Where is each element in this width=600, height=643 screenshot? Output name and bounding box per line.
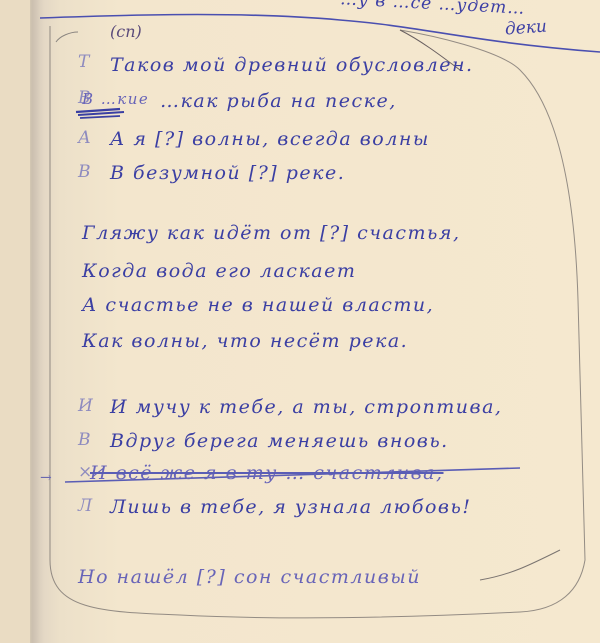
manuscript-page: …у в …сё …удет… деки (сп) Т В А В И В × … [0,0,600,643]
binding-shadow [30,0,44,643]
verse-line: Но нашёл [?] сон счастливый [78,566,421,588]
struck-verse-line: И всё же я в ту … счастлива, [90,462,444,484]
margin-letter: В [78,162,91,182]
verse-line: А я [?] волны, всегда волны [110,128,430,150]
verse-line: Лишь в тебе, я узнала любовь! [110,496,471,518]
verse-line: И мучу к тебе, а ты, строптива, [110,396,502,418]
margin-word: В …кие [82,90,149,108]
top-note-fragment: деки [504,17,547,40]
verse-line: …как рыба на песке, [160,90,397,112]
verse-line: В безумной [?] реке. [110,162,345,184]
margin-letter: В [78,430,91,450]
margin-letter: И [78,396,93,416]
verse-line: А счастье не в нашей власти, [82,294,434,316]
margin-mark: (сп) [110,22,142,41]
arrow-icon: → [40,470,52,486]
verse-line: Гляжу как идёт от [?] счастья, [82,222,461,244]
margin-letter: А [78,128,91,148]
verse-line: Когда вода его ласкает [82,260,356,282]
verse-line: Вдруг берега меняешь вновь. [110,430,449,452]
verse-line: Как волны, что несёт река. [82,330,408,352]
verse-line: Таков мой древний обусловлен. [110,54,474,76]
margin-letter: Л [78,496,92,516]
top-note: …у в …сё …удет… [340,0,526,19]
margin-letter: Т [78,52,89,72]
